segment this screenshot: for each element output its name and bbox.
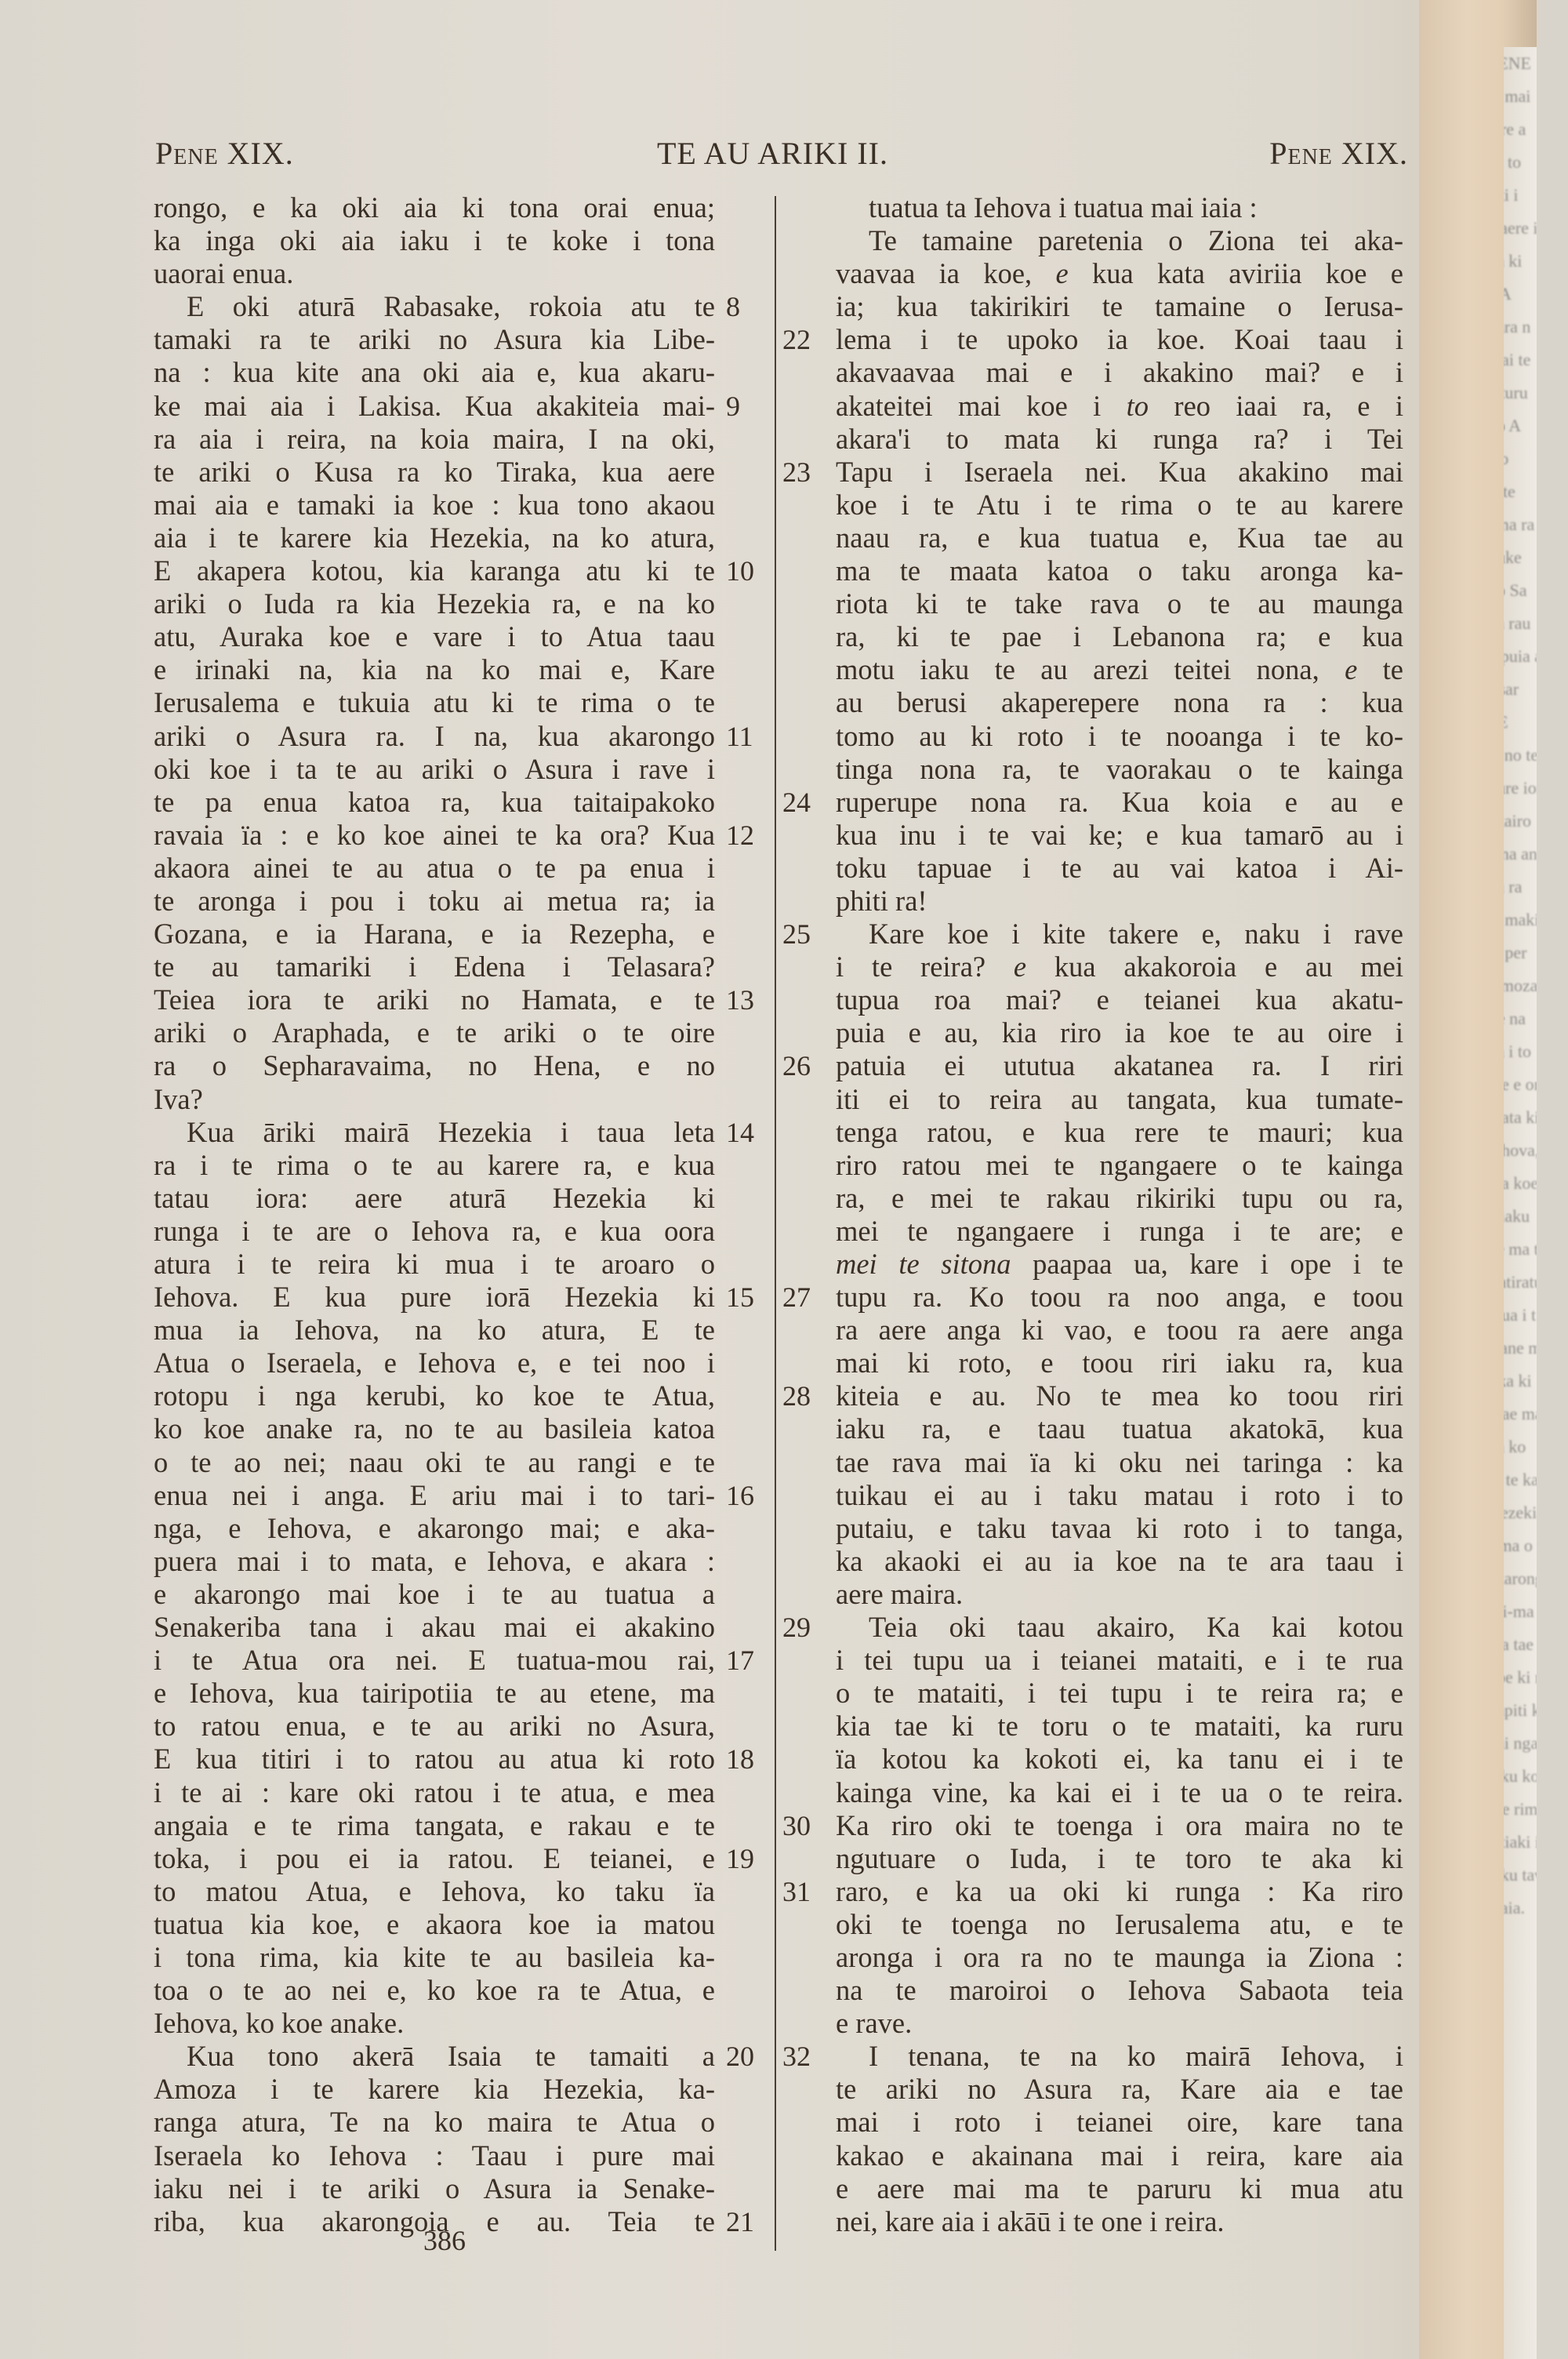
text-line: Teiea iora te ariki no Hamata, e te13 xyxy=(154,983,715,1016)
text-line: tae rava mai ïa ki oku nei taringa : ka xyxy=(836,1446,1403,1479)
ghost-line: e o xyxy=(1504,442,1537,475)
verse-number: 23 xyxy=(782,456,811,489)
ghost-line: e A xyxy=(1504,278,1537,311)
text-line: toa o te ao nei e, ko koe ra te Atua, e xyxy=(154,1974,715,2007)
text-line: tinga nona ra, te vaorakau o te kainga xyxy=(836,753,1403,786)
right-column: tuatua ta Iehova i tuatua mai iaia :Te t… xyxy=(836,191,1403,2238)
text-line: akaora ainei te au atua o te pa enua i xyxy=(154,852,715,885)
ghost-line: ki te ka xyxy=(1504,1463,1537,1496)
text-line: oki te toenga no Ierusalema atu, e te xyxy=(836,1908,1403,1941)
text-line: ka akaoki ei au ia koe na te ara taau i xyxy=(836,1545,1403,1578)
verse-number: 30 xyxy=(782,1809,811,1842)
text-line: na : kua kite ana oki aia e, kua akaru- xyxy=(154,356,715,389)
text-line: koe i te Atu i te rima o te au karere xyxy=(836,489,1403,522)
text-line: ariki o Asura ra. I na, kua akarongo11 xyxy=(154,720,715,753)
text-line: riro ratou mei te ngangaere o te kainga xyxy=(836,1149,1403,1182)
text-line: motu iaku te au arezi teitei nona, e te xyxy=(836,653,1403,686)
text-line: Iva? xyxy=(154,1083,715,1116)
text-line: I tenana, te na ko mairā Iehova, i32 xyxy=(836,2040,1403,2073)
verse-number: 22 xyxy=(782,323,811,356)
ghost-line: iratiratu, xyxy=(1504,1266,1537,1299)
text-line: ra, e mei te rakau rikiriki tupu ou ra, xyxy=(836,1182,1403,1215)
ghost-line: te maki, xyxy=(1504,903,1537,936)
ghost-line: e tiaki i xyxy=(1504,1826,1537,1859)
ghost-line: ai mai xyxy=(1504,80,1537,113)
ghost-line: e ane m xyxy=(1504,1332,1537,1365)
text-line: na te maroiroi o Iehova Sabaota teia xyxy=(836,1974,1403,2007)
verse-number: 8 xyxy=(726,290,740,323)
verse-number: 32 xyxy=(782,2040,811,2073)
ghost-line: Hezekia, xyxy=(1504,1496,1537,1529)
text-line: i te Atua ora nei. E tuatua-mou rai,17 xyxy=(154,1644,715,1677)
text-line: mai ki roto, e toou riri iaku ra, kua xyxy=(836,1347,1403,1379)
running-head: Pene XIX. TE AU ARIKI II. Pene XIX. xyxy=(155,135,1408,182)
text-line: patuia ei ututua akatanea ra. I riri26 xyxy=(836,1049,1403,1082)
ghost-line: taku koe e xyxy=(1504,1760,1537,1793)
text-line: ruperupe nona ra. Kua koia e au e24 xyxy=(836,786,1403,819)
text-line: angaia e te rima tangata, e rakau e te xyxy=(154,1809,715,1842)
verse-number: 18 xyxy=(726,1743,754,1776)
text-line: te ariki no Asura ra, Kare aia e tae xyxy=(836,2073,1403,2106)
text-line: tatau iora: aere aturā Hezekia ki xyxy=(154,1182,715,1215)
verse-number: 26 xyxy=(782,1049,811,1082)
verse-number: 19 xyxy=(726,1842,754,1875)
text-line: akavaavaa mai e i akakino mai? e i xyxy=(836,356,1403,389)
text-line: ariki o Araphada, e te ariki o te oire xyxy=(154,1016,715,1049)
text-line: tupu ra. Ko toou ra noo anga, e toou27 xyxy=(836,1281,1403,1314)
text-line: kainga vine, ka kai ei i te ua o te reir… xyxy=(836,1776,1403,1809)
ghost-line: e aere i xyxy=(1504,212,1537,245)
ghost-line: kia koe xyxy=(1504,1167,1537,1200)
text-line: Gozana, e ia Harana, e ia Rezepha, e xyxy=(154,918,715,951)
text-line: uaorai enua. xyxy=(154,257,715,290)
text-line: toku tapuae i te au vai katoa i Ai- xyxy=(836,852,1403,885)
ghost-line: ea to xyxy=(1504,146,1537,179)
ghost-line: ko Sa xyxy=(1504,574,1537,607)
text-line: raro, e ka ua oki ki runga : Ka riro31 xyxy=(836,1875,1403,1908)
ghost-line: roi-ma xyxy=(1504,1595,1537,1628)
text-line: ka inga oki aia iaku i te koke i tona xyxy=(154,224,715,257)
text-line: i tona rima, kia kite te au basileia ka- xyxy=(154,1941,715,1974)
ghost-line: e iaku xyxy=(1504,1200,1537,1233)
text-line: atura i te reira ki mua i te aroaro o xyxy=(154,1248,715,1281)
ghost-line: a, no te xyxy=(1504,739,1537,772)
text-line: Ka riro oki te toenga i ora maira no te3… xyxy=(836,1809,1403,1842)
verse-number: 9 xyxy=(726,390,740,423)
text-line: akara'i to mata ki runga ra? i Tei xyxy=(836,423,1403,456)
italic-text: to xyxy=(1127,390,1149,422)
text-line: ko koe anake ra, no te au basileia katoa xyxy=(154,1412,715,1445)
text-line: E kua titiri i to ratou au atua ki roto1… xyxy=(154,1743,715,1776)
ghost-line: i tae ma xyxy=(1504,1398,1537,1430)
text-line: to matou Atua, e Iehova, ko taku ïa xyxy=(154,1875,715,1908)
verse-number: 14 xyxy=(726,1116,754,1149)
text-line: mai i roto i teianei oire, kare tana xyxy=(836,2106,1403,2139)
text-line: lema i te upoko ia koe. Koai taau i22 xyxy=(836,323,1403,356)
ghost-line: au ra xyxy=(1504,871,1537,903)
text-line: Kare koe i kite takere e, naku i rave25 xyxy=(836,918,1403,951)
ghost-line: tika ki xyxy=(1504,1365,1537,1398)
text-line: riota ki te take rava o te au maunga xyxy=(836,587,1403,620)
ghost-line: ema ra xyxy=(1504,508,1537,541)
text-line: tenga ratou, e kua rere te mauri; kua xyxy=(836,1116,1403,1149)
ghost-line: mai te xyxy=(1504,343,1537,376)
italic-text: mei te sitona xyxy=(836,1248,1011,1280)
ghost-line: PE xyxy=(1504,706,1537,739)
verse-number: 20 xyxy=(726,2040,754,2073)
ghost-line: Esar xyxy=(1504,673,1537,706)
text-line: ranga atura, Te na ko maira te Atua o xyxy=(154,2106,715,2139)
text-line: iaku ra, e taau tuatua akatokā, kua xyxy=(836,1412,1403,1445)
text-line: ngutuare o Iuda, i te toro te aka ki xyxy=(836,1842,1403,1875)
italic-text: e xyxy=(1014,951,1026,983)
text-line: e akarongo mai koe i te au tuatua a xyxy=(154,1578,715,1611)
text-line: ra aere anga ki vao, e toou ra aere anga xyxy=(836,1314,1403,1347)
text-line: to ratou enua, e te au ariki no Asura, xyxy=(154,1710,715,1743)
italic-text: e xyxy=(1055,257,1068,289)
ghost-line: kia tae xyxy=(1504,1628,1537,1661)
text-line: mei te sitona paapaa ua, kare i ope i te xyxy=(836,1248,1403,1281)
text-line: tomo au ki roto i te nooanga i te ko- xyxy=(836,720,1403,753)
text-line: ïa kotou ka kokoti ei, ka tanu ei i te xyxy=(836,1743,1403,1776)
text-line: kia tae ki te toru o te mataiti, ka ruru xyxy=(836,1710,1403,1743)
text-line: runga i te are o Iehova ra, e kua oora xyxy=(154,1215,715,1248)
ghost-line: oai ngau xyxy=(1504,1727,1537,1760)
text-line: Kua āriki mairā Hezekia i taua leta14 xyxy=(154,1116,715,1149)
italic-text: e xyxy=(1345,653,1357,685)
text-line: puia e au, kia riro ia koe te au oire i xyxy=(836,1016,1403,1049)
text-line: ra, ki te pae i Lebanona ra; e kua xyxy=(836,620,1403,653)
text-line: E oki aturā Rabasake, rokoia atu te8 xyxy=(154,290,715,323)
ghost-line: pure iora xyxy=(1504,772,1537,805)
verse-number: 15 xyxy=(726,1281,754,1314)
verse-number: 17 xyxy=(726,1644,754,1677)
text-line: kiteia e au. No te mea ko toou riri28 xyxy=(836,1379,1403,1412)
verse-number: 31 xyxy=(782,1875,811,1908)
text-line: ra i te rima o te au karere ra, e kua xyxy=(154,1149,715,1182)
text-line: o te ao nei; naau oki te au rangi e te xyxy=(154,1446,715,1479)
ghost-line: aina ang xyxy=(1504,838,1537,871)
text-line: Kua tono akerā Isaia te tamaiti a20 xyxy=(154,2040,715,2073)
ghost-line: mua i t xyxy=(1504,1299,1537,1332)
ghost-line: are e ora xyxy=(1504,1068,1537,1101)
text-line: Iehova, ko koe anake. xyxy=(154,2007,715,2040)
text-line: e rave. xyxy=(836,2007,1403,2040)
left-column: rongo, e ka oki aia ki tona orai enua;ka… xyxy=(154,191,715,2238)
ghost-line: e turu xyxy=(1504,376,1537,409)
verse-number: 28 xyxy=(782,1379,811,1412)
text-line: vaavaa ia koe, e kua kata aviriia koe e xyxy=(836,257,1403,290)
text-line: naau ra, e kua tuatua e, Kua tae au xyxy=(836,522,1403,554)
text-line: Teia oki taau akairo, Ka kai kotou29 xyxy=(836,1611,1403,1644)
text-line: e irinaki na, kia na ko mai e, Kare xyxy=(154,653,715,686)
text-line: te au tamariki i Edena i Telasara? xyxy=(154,951,715,983)
text-line: ra o Sepharavaima, no Hena, e no xyxy=(154,1049,715,1082)
ghost-line: Amoza ki xyxy=(1504,969,1537,1002)
text-line: aere maira. xyxy=(836,1578,1403,1611)
ghost-line: akarongo a xyxy=(1504,1562,1537,1595)
text-line: puera mai i to mata, e Iehova, e akara : xyxy=(154,1545,715,1578)
ghost-line: koe ki r xyxy=(1504,1661,1537,1694)
text-line: Iseraela ko Iehova : Taau i pure mai xyxy=(154,2139,715,2172)
text-line: Amoza i te karere kia Hezekia, ka- xyxy=(154,2073,715,2106)
ghost-line: Isaia. xyxy=(1504,1892,1537,1925)
ghost-line: kapiti ka xyxy=(1504,1694,1537,1727)
ghost-line: taku tavini xyxy=(1504,1859,1537,1892)
ghost-line: PENE xyxy=(1504,47,1537,80)
text-line: Atua o Iseraela, e Iehova e, e tei noo i xyxy=(154,1347,715,1379)
text-line: ariki o Iuda ra kia Hezekia ra, e na ko xyxy=(154,587,715,620)
ghost-line: gara n xyxy=(1504,311,1537,343)
text-line: ravaia ïa : e ko koe ainei te ka ora? Ku… xyxy=(154,819,715,852)
running-head-left: Pene XIX. xyxy=(155,135,294,172)
text-line: mai aia e tamaki ia koe : kua tono akaou xyxy=(154,489,715,522)
text-line: oki koe i ta te au ariki o Asura i rave … xyxy=(154,753,715,786)
ghost-line: te per xyxy=(1504,936,1537,969)
text-line: putaiu, e taku tavaa ki roto i to tanga, xyxy=(836,1512,1403,1545)
ghost-line: rima o to xyxy=(1504,1529,1537,1562)
column-rule xyxy=(775,196,776,2251)
next-page-ghost-text: PENEai mailare aea toaki ie aere ina kie… xyxy=(1504,47,1537,1925)
text-line: i tei tupu ua i teianei mataiti, e i te … xyxy=(836,1644,1403,1677)
verse-number: 11 xyxy=(726,720,753,753)
text-line: i te reira? e kua akakoroia e au mei xyxy=(836,951,1403,983)
ghost-line: mata ki t xyxy=(1504,1101,1537,1134)
text-line: Te tamaine paretenia o Ziona tei aka- xyxy=(836,224,1403,257)
ghost-line: ke ma te xyxy=(1504,1233,1537,1266)
text-line: tuatua ta Iehova i tuatua mai iaia : xyxy=(836,191,1403,224)
verse-number: 13 xyxy=(726,983,754,1016)
verse-number: 24 xyxy=(782,786,811,819)
text-line: au berusi akaperepere nona ra : kua xyxy=(836,686,1403,719)
text-line: mei te ngangaere i runga i te are; e xyxy=(836,1215,1403,1248)
text-line: nga, e Iehova, e akarongo mai; e aka- xyxy=(154,1512,715,1545)
text-line: tuikau ei au i taku matau i roto i to xyxy=(836,1479,1403,1512)
text-line: Ierusalema e tukuia atu ki te rima o te xyxy=(154,686,715,719)
text-line: tamaki ra te ariki no Asura kia Libe- xyxy=(154,323,715,356)
text-line: toka, i pou ei ia ratou. E teianei, e19 xyxy=(154,1842,715,1875)
next-page-edge: PENEai mailare aea toaki ie aere ina kie… xyxy=(1504,47,1537,2359)
ghost-line: i te rima o xyxy=(1504,1793,1537,1826)
text-line: ma te maata katoa o taku aronga ka- xyxy=(836,554,1403,587)
text-line: iaku nei i te ariki o Asura ia Senake- xyxy=(154,2172,715,2205)
text-line: akateitei mai koe i to reo iaai ra, e i xyxy=(836,390,1403,423)
running-head-right: Pene XIX. xyxy=(1269,135,1408,172)
verse-number: 25 xyxy=(782,918,811,951)
text-line: ra aia i reira, na koia maira, I na oki, xyxy=(154,423,715,456)
verse-number: 16 xyxy=(726,1479,754,1512)
text-line: aia i te karere kia Hezekia, na ko atura… xyxy=(154,522,715,554)
ghost-line: lare a xyxy=(1504,113,1537,146)
text-line: Iehova. E kua pure iorā Hezekia ki15 xyxy=(154,1281,715,1314)
ghost-line: ua i to xyxy=(1504,1035,1537,1068)
ghost-line: Te na xyxy=(1504,1002,1537,1035)
ghost-line: no A xyxy=(1504,409,1537,442)
verse-number: 27 xyxy=(782,1281,811,1314)
text-line: iti ei to reira au tangata, kua tumate- xyxy=(836,1083,1403,1116)
text-line: te ariki o Kusa ra ko Tiraka, kua aere xyxy=(154,456,715,489)
ghost-line: puke xyxy=(1504,541,1537,574)
ghost-line: lapuia a xyxy=(1504,640,1537,673)
verse-number: 12 xyxy=(726,819,754,852)
text-line: atu, Auraka koe e vare i to Atua taau xyxy=(154,620,715,653)
ghost-line: aki i xyxy=(1504,179,1537,212)
text-line: Tapu i Iseraela nei. Kua akakino mai23 xyxy=(836,456,1403,489)
verse-number: 29 xyxy=(782,1611,811,1644)
text-line: nei, kare aia i akāū i te one i reira. xyxy=(836,2205,1403,2238)
text-line: mua ia Iehova, na ko atura, E te xyxy=(154,1314,715,1347)
text-line: o te mataiti, i tei tupu i te reira ra; … xyxy=(836,1677,1403,1710)
ghost-line: na ki xyxy=(1504,245,1537,278)
running-head-title: TE AU ARIKI II. xyxy=(657,135,888,172)
text-line: te aronga i pou i toku ai metua ra; ia xyxy=(154,885,715,918)
text-line: tupua roa mai? e teianei kua akatu- xyxy=(836,983,1403,1016)
text-line: aronga i ora ra no te maunga ia Ziona : xyxy=(836,1941,1403,1974)
ghost-line: ua rau xyxy=(1504,607,1537,640)
verse-number: 21 xyxy=(726,2205,754,2238)
ghost-line: Iehova, k xyxy=(1504,1134,1537,1167)
text-line: e aere mai ma te paruru ki mua atu xyxy=(836,2172,1403,2205)
text-line: e Iehova, kua tairipotiia te au etene, m… xyxy=(154,1677,715,1710)
text-line: enua nei i anga. E ariu mai i to tari-16 xyxy=(154,1479,715,1512)
text-line: ke mai aia i Lakisa. Kua akakiteia mai-9 xyxy=(154,390,715,423)
text-line: Senakeriba tana i akau mai ei akakino xyxy=(154,1611,715,1644)
verse-number: 10 xyxy=(726,554,754,587)
text-line: E akapera kotou, kia karanga atu ki te10 xyxy=(154,554,715,587)
ghost-line: akairo xyxy=(1504,805,1537,838)
text-line: tuatua kia koe, e akaora koe ia matou xyxy=(154,1908,715,1941)
page-number: 386 xyxy=(423,2224,466,2257)
text-line: te pa enua katoa ra, kua taitaipakoko xyxy=(154,786,715,819)
text-line: ia; kua takirikiri te tamaine o Ierusa- xyxy=(836,290,1403,323)
ghost-line: na ko xyxy=(1504,1430,1537,1463)
text-line: rongo, e ka oki aia ki tona orai enua; xyxy=(154,191,715,224)
book-page: PENEai mailare aea toaki ie aere ina kie… xyxy=(0,0,1537,2359)
text-line: i te ai : kare oki ratou i te atua, e me… xyxy=(154,1776,715,1809)
text-line: rotopu i nga kerubi, ko koe te Atua, xyxy=(154,1379,715,1412)
text-line: phiti ra! xyxy=(836,885,1403,918)
text-line: kakao e akainana mai i reira, kare aia xyxy=(836,2139,1403,2172)
text-line: kua inu i te vai ke; e kua tamarō au i xyxy=(836,819,1403,852)
ghost-line: E te xyxy=(1504,475,1537,508)
